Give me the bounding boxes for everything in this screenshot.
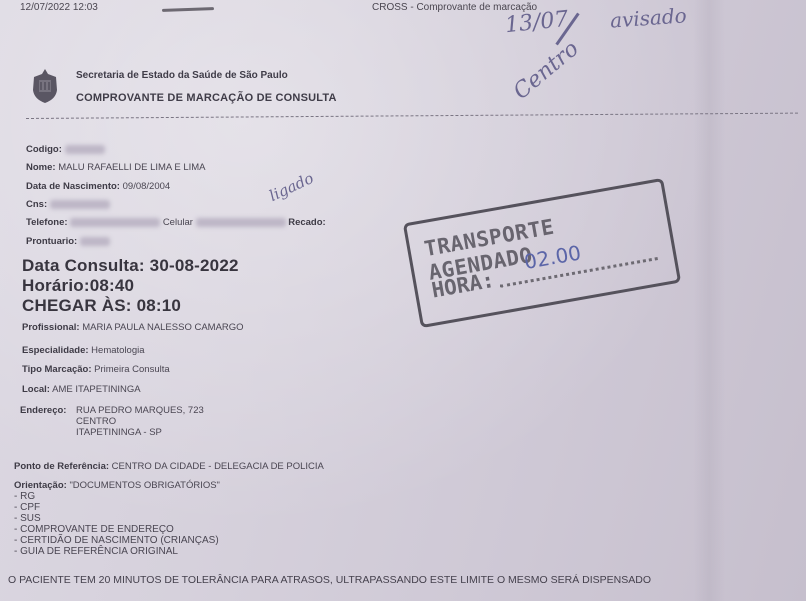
- nome-value: MALU RAFAELLI DE LIMA E LIMA: [58, 162, 205, 173]
- endereco-line-1: RUA PEDRO MARQUES, 723: [76, 405, 204, 416]
- transport-stamp: TRANSPORTE AGENDADO HORA: 02.00: [403, 178, 681, 328]
- codigo-label: Codigo:: [26, 144, 62, 155]
- doc-item-cpf: - CPF: [14, 502, 40, 513]
- prontuario-label: Prontuario:: [26, 236, 77, 247]
- cns-label: Cns:: [26, 199, 47, 210]
- field-ponto-referencia: Ponto de Referência: CENTRO DA CIDADE - …: [14, 461, 324, 472]
- referencia-value: CENTRO DA CIDADE - DELEGACIA DE POLICIA: [112, 461, 324, 472]
- field-telefone: Telefone: Celular Recado:: [26, 217, 326, 228]
- field-orientacao: Orientação: "DOCUMENTOS OBRIGATÓRIOS": [14, 480, 220, 491]
- endereco-label: Endereço:: [20, 405, 66, 416]
- field-local: Local: AME ITAPETININGA: [22, 384, 141, 395]
- redacted-value: [80, 237, 110, 246]
- field-nome: Nome: MALU RAFAELLI DE LIMA E LIMA: [26, 162, 206, 173]
- especialidade-label: Especialidade:: [22, 345, 89, 356]
- field-prontuario: Prontuario:: [26, 236, 110, 247]
- redacted-value: [70, 218, 160, 227]
- celular-label: Celular: [163, 217, 193, 228]
- field-cns: Cns:: [26, 199, 110, 210]
- doc-item-rg: - RG: [14, 491, 35, 502]
- tolerance-notice: O PACIENTE TEM 20 MINUTOS DE TOLERÂNCIA …: [8, 574, 651, 586]
- header-divider: [26, 113, 798, 119]
- tipo-label: Tipo Marcação:: [22, 364, 92, 375]
- field-nascimento: Data de Nascimento: 09/08/2004: [26, 181, 170, 192]
- stamp-title: TRANSPORTE AGENDADO: [422, 195, 671, 285]
- handwritten-note-avisado: avisado: [609, 3, 687, 32]
- field-tipo-marcacao: Tipo Marcação: Primeira Consulta: [22, 364, 170, 375]
- arrival-time: CHEGAR ÀS: 08:10: [22, 296, 181, 316]
- orientacao-label: Orientação:: [14, 480, 67, 491]
- nome-label: Nome:: [26, 162, 56, 173]
- nascimento-value: 09/08/2004: [123, 181, 171, 192]
- redacted-value: [196, 218, 286, 227]
- local-label: Local:: [22, 384, 50, 395]
- field-codigo: Codigo:: [26, 144, 105, 155]
- doc-item-guia: - GUIA DE REFERÊNCIA ORIGINAL: [14, 546, 178, 557]
- referencia-label: Ponto de Referência:: [14, 461, 109, 472]
- endereco-line-3: ITAPETININGA - SP: [76, 427, 162, 438]
- appointment-time: Horário:08:40: [22, 276, 134, 296]
- endereco-line-2: CENTRO: [76, 416, 116, 427]
- redacted-value: [65, 145, 105, 154]
- redacted-value: [50, 200, 110, 209]
- organization-name: Secretaria de Estado da Saúde de São Pau…: [76, 70, 288, 81]
- especialidade-value: Hematologia: [91, 345, 144, 356]
- orientacao-title: "DOCUMENTOS OBRIGATÓRIOS": [69, 480, 220, 491]
- field-especialidade: Especialidade: Hematologia: [22, 345, 145, 356]
- handwritten-note-centro: Centro: [509, 36, 584, 104]
- crest-icon: [30, 68, 60, 104]
- appointment-date: Data Consulta: 30-08-2022: [22, 256, 239, 276]
- recado-label: Recado:: [288, 217, 325, 228]
- nascimento-label: Data de Nascimento:: [26, 181, 120, 192]
- document-title: COMPROVANTE DE MARCAÇÃO DE CONSULTA: [76, 92, 337, 104]
- pen-mark: [162, 7, 214, 12]
- profissional-value: MARIA PAULA NALESSO CAMARGO: [82, 322, 243, 333]
- local-value: AME ITAPETININGA: [52, 384, 141, 395]
- doc-item-comprovante: - COMPROVANTE DE ENDEREÇO: [14, 524, 174, 535]
- telefone-label: Telefone:: [26, 217, 68, 228]
- system-title: CROSS - Comprovante de marcação: [372, 2, 537, 13]
- doc-item-certidao: - CERTIDÃO DE NASCIMENTO (CRIANÇAS): [14, 535, 219, 546]
- handwritten-date: 13/07: [504, 7, 570, 38]
- tipo-value: Primeira Consulta: [94, 364, 170, 375]
- doc-item-sus: - SUS: [14, 513, 41, 524]
- field-profissional: Profissional: MARIA PAULA NALESSO CAMARG…: [22, 322, 244, 333]
- profissional-label: Profissional:: [22, 322, 80, 333]
- print-datetime: 12/07/2022 12:03: [20, 2, 98, 13]
- field-endereco-label: Endereço:: [20, 405, 66, 416]
- handwritten-note-ligado: ligado: [266, 169, 316, 205]
